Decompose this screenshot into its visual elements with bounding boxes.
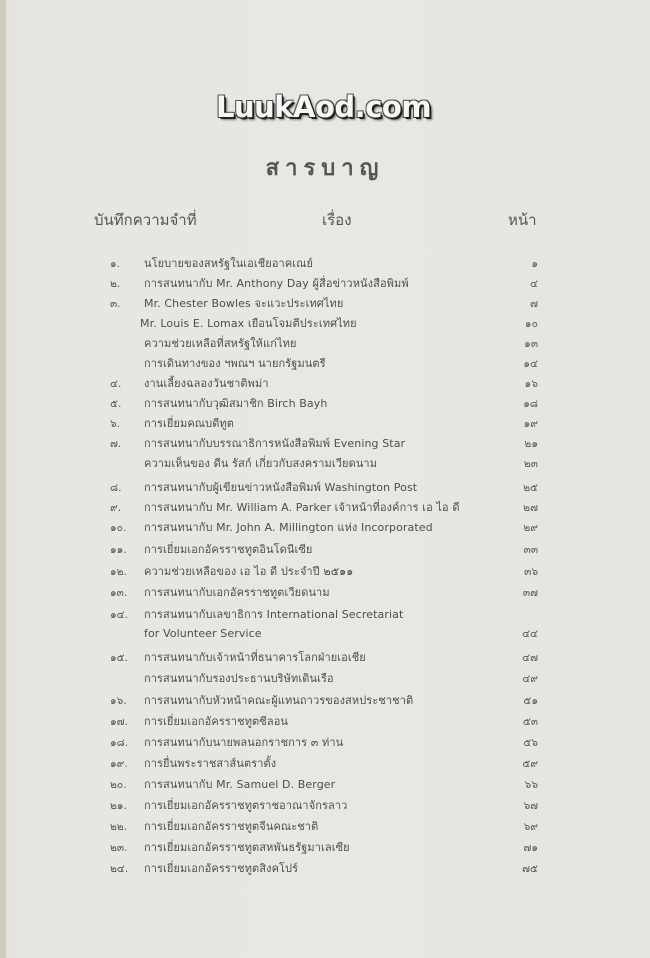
column-header-memo-number: บันทึกความจำที่: [94, 208, 197, 232]
toc-row: ๑๗. การเยี่ยมเอกอัครราชทูตซีลอน ๕๓: [0, 712, 650, 732]
entry-page: ๓๓: [524, 540, 538, 560]
entry-page: ๕๓: [523, 712, 538, 732]
entry-subject: การเยี่ยมเอกอัครราชทูตจีนคณะชาติ: [144, 817, 318, 837]
column-header-subject: เรื่อง: [322, 208, 352, 232]
toc-row: ๑๐. การสนทนากับ Mr. John A. Millington แ…: [0, 518, 650, 538]
toc-row: ๕. การสนทนากับวุฒิสมาชิก Birch Bayh ๑๘: [0, 394, 650, 414]
toc-row: การสนทนากับรองประธานบริษัทเดินเรือ ๔๙: [0, 669, 650, 689]
toc-row: ๒. การสนทนากับ Mr. Anthony Day ผู้สื่อข่…: [0, 274, 650, 294]
entry-number: ๔.: [110, 374, 142, 394]
entry-subject: การยื่นพระราชสาส์นตราตั้ง: [144, 754, 276, 774]
entry-page: ๗๑: [523, 838, 538, 858]
toc-row: ๒๑. การเยี่ยมเอกอัครราชทูตราชอาณาจักรลาว…: [0, 796, 650, 816]
entry-subject: การสนทนากับบรรณาธิการหนังสือพิมพ์ Evenin…: [144, 434, 405, 454]
entry-page: ๑๓: [524, 334, 538, 354]
toc-row: การเดินทางของ ฯพณฯ นายกรัฐมนตรี ๑๔: [0, 354, 650, 374]
entry-page: ๔๗: [522, 648, 538, 668]
entry-page: ๕๑: [523, 691, 538, 711]
entry-number: ๘.: [110, 478, 142, 498]
toc-row: Mr. Louis E. Lomax เยือนโจมตีประเทศไทย ๑…: [0, 314, 650, 334]
page-title: สารบาญ: [0, 150, 650, 185]
toc-row: ๔. งานเลี้ยงฉลองวันชาติพม่า ๑๖: [0, 374, 650, 394]
watermark-logo: LuukAod.com: [216, 90, 431, 124]
entry-subject: การเยี่ยมเอกอัครราชทูตราชอาณาจักรลาว: [144, 796, 347, 816]
entry-page: ๑๙: [524, 414, 538, 434]
entry-number: ๑๔.: [110, 605, 142, 625]
toc-row: ความช่วยเหลือที่สหรัฐให้แก่ไทย ๑๓: [0, 334, 650, 354]
entry-subject: for Volunteer Service: [144, 624, 262, 644]
entry-subject: การเยี่ยมเอกอัครราชทูตซีลอน: [144, 712, 288, 732]
entry-subject: ความเห็นของ ดีน รัสก์ เกี่ยวกับสงครามเวี…: [144, 454, 377, 474]
entry-number: ๒๐.: [110, 775, 142, 795]
toc-row: ๗. การสนทนากับบรรณาธิการหนังสือพิมพ์ Eve…: [0, 434, 650, 454]
entry-number: ๓.: [110, 294, 142, 314]
entry-number: ๑๙.: [110, 754, 142, 774]
entry-subject: การสนทนากับ Mr. Anthony Day ผู้สื่อข่าวห…: [144, 274, 409, 294]
entry-page: ๓๗: [523, 583, 538, 603]
entry-subject: การสนทนากับนายพลนอกราชการ ๓ ท่าน: [144, 733, 343, 753]
entry-subject: การสนทนากับ Mr. John A. Millington แห่ง …: [144, 518, 433, 538]
entry-page: ๗๕: [522, 859, 538, 879]
entry-page: ๑๘: [523, 394, 538, 414]
entry-number: ๖.: [110, 414, 142, 434]
entry-number: ๙.: [110, 498, 142, 518]
entry-number: ๑๓.: [110, 583, 142, 603]
toc-row: ๒๔. การเยี่ยมเอกอัครราชทูตสิงคโปร์ ๗๕: [0, 859, 650, 879]
entry-page: ๒๑: [524, 434, 538, 454]
entry-subject: การสนทนากับรองประธานบริษัทเดินเรือ: [144, 669, 334, 689]
entry-number: ๑๗.: [110, 712, 142, 732]
toc-row: ๑๕. การสนทนากับเจ้าหน้าที่ธนาคารโลกฝ่ายเ…: [0, 648, 650, 668]
toc-row: ๙. การสนทนากับ Mr. William A. Parker เจ้…: [0, 498, 650, 518]
entry-subject: นโยบายของสหรัฐในเอเชียอาคเณย์: [144, 254, 313, 274]
entry-page: ๑๐: [525, 314, 538, 334]
entry-page: ๖๙: [524, 817, 538, 837]
toc-row: ความเห็นของ ดีน รัสก์ เกี่ยวกับสงครามเวี…: [0, 454, 650, 474]
entry-subject: ความช่วยเหลือของ เอ ไอ ดี ประจำปี ๒๕๑๑: [144, 562, 353, 582]
entry-page: ๒๙: [523, 518, 538, 538]
scanned-page: LuukAod.com สารบาญ บันทึกความจำที่ เรื่อ…: [0, 0, 650, 958]
entry-number: ๑๑.: [110, 540, 142, 560]
entry-number: ๒๓.: [110, 838, 142, 858]
entry-subject: การสนทนากับผู้เขียนข่าวหนังสือพิมพ์ Wash…: [144, 478, 417, 498]
column-header-page: หน้า: [508, 208, 537, 232]
entry-subject: การสนทนากับหัวหน้าคณะผู้แทนถาวรของสหประช…: [144, 691, 413, 711]
toc-row: ๑๓. การสนทนากับเอกอัครราชทูตเวียดนาม ๓๗: [0, 583, 650, 603]
entry-subject: งานเลี้ยงฉลองวันชาติพม่า: [144, 374, 269, 394]
entry-number: ๑.: [110, 254, 142, 274]
entry-page: ๑๖: [525, 374, 538, 394]
entry-subject: การสนทนากับเจ้าหน้าที่ธนาคารโลกฝ่ายเอเชี…: [144, 648, 366, 668]
entry-page: ๔๔: [522, 624, 538, 644]
entry-subject: การเดินทางของ ฯพณฯ นายกรัฐมนตรี: [144, 354, 326, 374]
entry-number: ๑๕.: [110, 648, 142, 668]
entry-page: ๔: [530, 274, 538, 294]
entry-number: ๕.: [110, 394, 142, 414]
entry-subject: การเยี่ยมเอกอัครราชทูตอินโดนีเซีย: [144, 540, 312, 560]
toc-row: ๒๓. การเยี่ยมเอกอัครราชทูตสหพันธรัฐมาเลเ…: [0, 838, 650, 858]
entry-page: ๔๙: [522, 669, 538, 689]
toc-row: ๑. นโยบายของสหรัฐในเอเชียอาคเณย์ ๑: [0, 254, 650, 274]
entry-number: ๗.: [110, 434, 142, 454]
entry-subject: การสนทนากับ Mr. Samuel D. Berger: [144, 775, 335, 795]
entry-subject: การสนทนากับเลขาธิการ International Secre…: [144, 605, 403, 625]
entry-page: ๗: [530, 294, 538, 314]
toc-row: ๖. การเยี่ยมคณบดีทูต ๑๙: [0, 414, 650, 434]
entry-subject: Mr. Chester Bowles จะแวะประเทศไทย: [144, 294, 343, 314]
entry-subject: การสนทนากับ Mr. William A. Parker เจ้าหน…: [144, 498, 460, 518]
entry-page: ๓๖: [524, 562, 538, 582]
entry-page: ๑: [531, 254, 538, 274]
toc-row: ๘. การสนทนากับผู้เขียนข่าวหนังสือพิมพ์ W…: [0, 478, 650, 498]
entry-subject: ความช่วยเหลือที่สหรัฐให้แก่ไทย: [144, 334, 297, 354]
entry-subject: Mr. Louis E. Lomax เยือนโจมตีประเทศไทย: [140, 314, 357, 334]
entry-page: ๕๙: [522, 754, 538, 774]
entry-subject: การสนทนากับเอกอัครราชทูตเวียดนาม: [144, 583, 330, 603]
toc-row: ๑๘. การสนทนากับนายพลนอกราชการ ๓ ท่าน ๕๖: [0, 733, 650, 753]
entry-number: ๑๖.: [110, 691, 142, 711]
entry-number: ๒๒.: [110, 817, 142, 837]
entry-number: ๒๔.: [110, 859, 142, 879]
entry-page: ๒๗: [523, 498, 538, 518]
entry-number: ๑๒.: [110, 562, 142, 582]
toc-row: ๑๙. การยื่นพระราชสาส์นตราตั้ง ๕๙: [0, 754, 650, 774]
entry-page: ๖๖: [525, 775, 538, 795]
entry-subject: การสนทนากับวุฒิสมาชิก Birch Bayh: [144, 394, 327, 414]
entry-number: ๒๑.: [110, 796, 142, 816]
entry-page: ๖๗: [523, 796, 538, 816]
toc-row: ๑๖. การสนทนากับหัวหน้าคณะผู้แทนถาวรของสห…: [0, 691, 650, 711]
toc-row: ๑๔. การสนทนากับเลขาธิการ International S…: [0, 605, 650, 625]
toc-row: ๓. Mr. Chester Bowles จะแวะประเทศไทย ๗: [0, 294, 650, 314]
entry-number: ๒.: [110, 274, 142, 294]
entry-subject: การเยี่ยมเอกอัครราชทูตสิงคโปร์: [144, 859, 298, 879]
entry-subject: การเยี่ยมคณบดีทูต: [144, 414, 234, 434]
entry-page: ๑๔: [523, 354, 538, 374]
entry-number: ๑๘.: [110, 733, 142, 753]
entry-subject: การเยี่ยมเอกอัครราชทูตสหพันธรัฐมาเลเซีย: [144, 838, 350, 858]
toc-row: ๒๐. การสนทนากับ Mr. Samuel D. Berger ๖๖: [0, 775, 650, 795]
toc-row: ๑๒. ความช่วยเหลือของ เอ ไอ ดี ประจำปี ๒๕…: [0, 562, 650, 582]
entry-page: ๒๕: [523, 478, 538, 498]
entry-number: ๑๐.: [110, 518, 142, 538]
toc-row: for Volunteer Service ๔๔: [0, 624, 650, 644]
toc-row: ๒๒. การเยี่ยมเอกอัครราชทูตจีนคณะชาติ ๖๙: [0, 817, 650, 837]
entry-page: ๒๓: [524, 454, 538, 474]
entry-page: ๕๖: [523, 733, 538, 753]
toc-row: ๑๑. การเยี่ยมเอกอัครราชทูตอินโดนีเซีย ๓๓: [0, 540, 650, 560]
